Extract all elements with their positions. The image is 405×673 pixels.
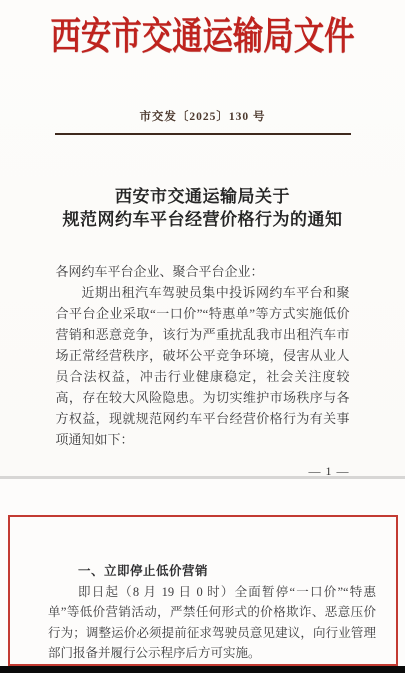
notice-page-1: 西安市交通运输局文件 市交发〔2025〕130 号 西安市交通运输局关于 规范网… <box>0 0 405 476</box>
notice-title-line-1: 西安市交通运输局关于 <box>0 185 405 208</box>
document-screenshot: 西安市交通运输局文件 市交发〔2025〕130 号 西安市交通运输局关于 规范网… <box>0 0 405 673</box>
intro-paragraph: 近期出租汽车驾驶员集中投诉网约车平台和聚合平台企业采取“一口价”“特惠单”等方式… <box>56 282 350 450</box>
bottom-black-bar <box>0 666 405 673</box>
notice-page-2: 一、立即停止低价营销 即日起（8 月 19 日 0 时）全面暂停“一口价”“特惠… <box>0 479 405 673</box>
letterhead-title: 西安市交通运输局文件 <box>41 16 365 58</box>
document-number: 市交发〔2025〕130 号 <box>0 108 405 124</box>
salutation-line: 各网约车平台企业、聚合平台企业： <box>56 261 350 282</box>
red-highlight-box: 一、立即停止低价营销 即日起（8 月 19 日 0 时）全面暂停“一口价”“特惠… <box>8 515 398 666</box>
notice-title: 西安市交通运输局关于 规范网约车平台经营价格行为的通知 <box>0 185 405 231</box>
section-body: 即日起（8 月 19 日 0 时）全面暂停“一口价”“特惠单”等低价营销活动，严… <box>48 582 376 664</box>
letterhead-rule <box>55 133 351 135</box>
section-heading: 一、立即停止低价营销 <box>78 561 376 582</box>
notice-body: 各网约车平台企业、聚合平台企业： 近期出租汽车驾驶员集中投诉网约车平台和聚合平台… <box>56 261 350 450</box>
highlight-content: 一、立即停止低价营销 即日起（8 月 19 日 0 时）全面暂停“一口价”“特惠… <box>10 517 396 664</box>
notice-title-line-2: 规范网约车平台经营价格行为的通知 <box>0 208 405 231</box>
